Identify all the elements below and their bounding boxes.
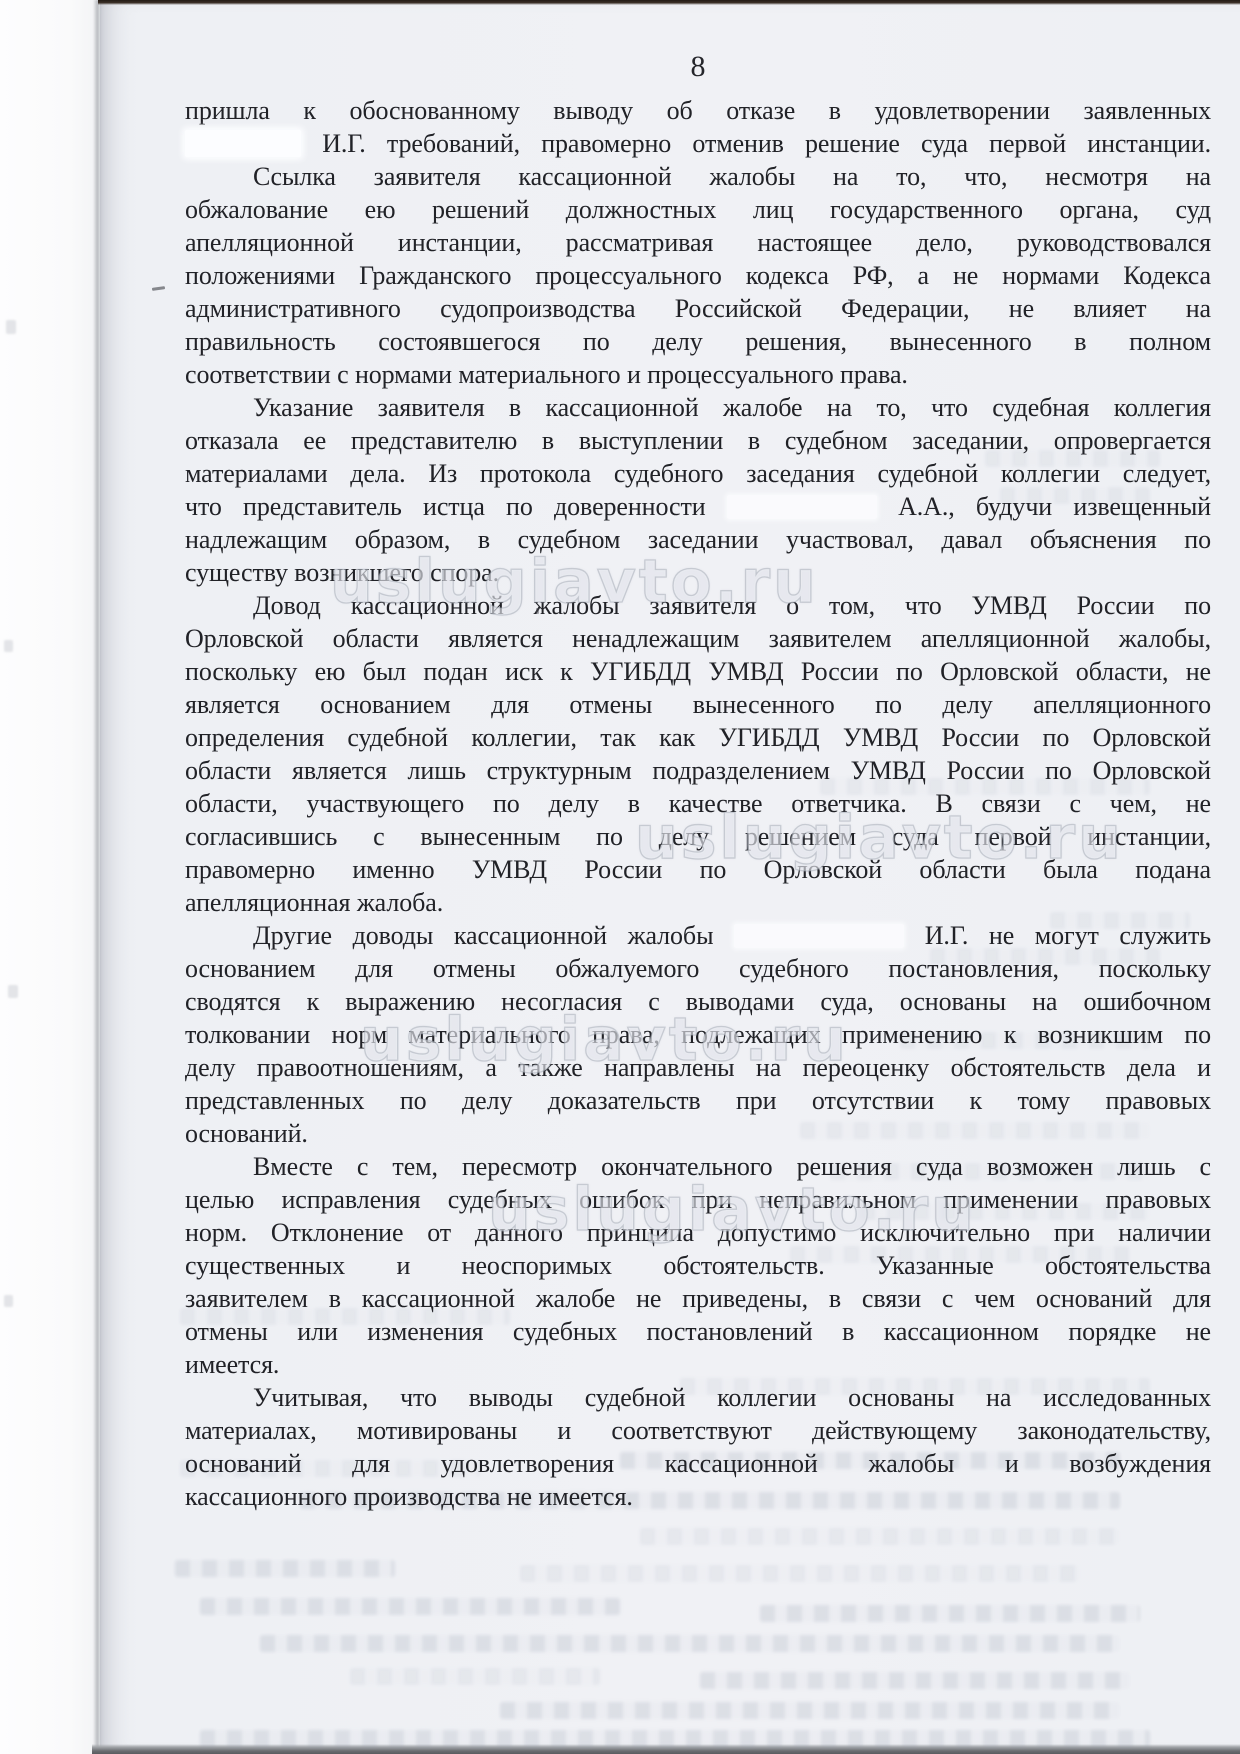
text-line: обжалование ею решений должностных лиц г… bbox=[185, 193, 1211, 226]
text-line: толковании норм материального права, под… bbox=[185, 1018, 1211, 1051]
text-line: оснований для удовлетворения кассационно… bbox=[185, 1447, 1211, 1480]
text-line: Орловской области является ненадлежащим … bbox=[185, 622, 1211, 655]
text-line: основанием для отмены обжалуемого судебн… bbox=[185, 952, 1211, 985]
scan-strip-mark bbox=[4, 640, 13, 652]
bleed-through-smudge bbox=[175, 1560, 395, 1577]
text-line: области является лишь структурным подраз… bbox=[185, 754, 1211, 787]
text-line: отказала ее представителю в выступлении … bbox=[185, 424, 1211, 457]
bleed-through-smudge bbox=[260, 1635, 1120, 1652]
text-line: апелляционной инстанции, рассматривая на… bbox=[185, 226, 1211, 259]
text-line: кассационного производства не имеется. bbox=[185, 1480, 1211, 1513]
text-line: пришла к обоснованному выводу об отказе … bbox=[185, 94, 1211, 127]
document-body-text: пришла к обоснованному выводу об отказе … bbox=[185, 94, 1211, 1513]
bleed-through-smudge bbox=[640, 1528, 1120, 1545]
bleed-through-smudge bbox=[700, 1672, 1130, 1689]
text-segment: Другие доводы кассационной жалобы bbox=[253, 921, 713, 950]
text-line: области, участвующего по делу в качестве… bbox=[185, 787, 1211, 820]
text-line: Ссылка заявителя кассационной жалобы на … bbox=[185, 160, 1211, 193]
text-line: Учитывая, что выводы судебной коллегии о… bbox=[185, 1381, 1211, 1414]
text-line: положениями Гражданского процессуального… bbox=[185, 259, 1211, 292]
bleed-through-smudge bbox=[350, 1668, 600, 1685]
text-line: материалах, мотивированы и соответствуют… bbox=[185, 1414, 1211, 1447]
scan-strip-mark bbox=[8, 985, 18, 998]
text-line: существенных и неоспоримых обстоятельств… bbox=[185, 1249, 1211, 1282]
text-line: представленных по делу доказательств при… bbox=[185, 1084, 1211, 1117]
scanned-court-document-page: { "page": { "number": "8" }, "watermark"… bbox=[0, 0, 1240, 1754]
scan-left-margin bbox=[0, 0, 100, 1754]
text-line: Другие доводы кассационной жалобы И.Г. н… bbox=[185, 919, 1211, 952]
bleed-through-smudge bbox=[500, 1702, 1120, 1719]
ink-speck bbox=[536, 608, 539, 614]
text-line: правильность состоявшегося по делу решен… bbox=[185, 325, 1211, 358]
bleed-through-smudge bbox=[520, 1565, 1080, 1582]
text-line: поскольку ею был подан иск к УГИБДД УМВД… bbox=[185, 655, 1211, 688]
text-line: имеется. bbox=[185, 1348, 1211, 1381]
text-line: отмены или изменения судебных постановле… bbox=[185, 1315, 1211, 1348]
page-number: 8 bbox=[185, 50, 1211, 84]
text-line: Указание заявителя в кассационной жалобе… bbox=[185, 391, 1211, 424]
text-line: определения судебной коллегии, так как У… bbox=[185, 721, 1211, 754]
text-line: И.Г. требований, правомерно отменив реше… bbox=[185, 127, 1211, 160]
scan-top-edge bbox=[98, 0, 1240, 5]
text-line: оснований. bbox=[185, 1117, 1211, 1150]
text-line: сводятся к выражению несогласия с вывода… bbox=[185, 985, 1211, 1018]
redaction-box bbox=[727, 495, 877, 519]
text-segment: И.Г. требований, правомерно отменив реше… bbox=[322, 129, 1211, 158]
text-line: материалами дела. Из протокола судебного… bbox=[185, 457, 1211, 490]
redaction-box bbox=[734, 924, 904, 948]
text-line: согласившись с вынесенным по делу решени… bbox=[185, 820, 1211, 853]
text-segment: И.Г. не могут служить bbox=[925, 921, 1211, 950]
text-line: апелляционная жалоба. bbox=[185, 886, 1211, 919]
text-line: норм. Отклонение от данного принципа доп… bbox=[185, 1216, 1211, 1249]
text-line: Вместе с тем, пересмотр окончательного р… bbox=[185, 1150, 1211, 1183]
text-line: правомерно именно УМВД России по Орловск… bbox=[185, 853, 1211, 886]
redaction-box bbox=[185, 130, 301, 157]
bleed-through-smudge bbox=[760, 1605, 1140, 1622]
text-line: заявителем в кассационной жалобе не прив… bbox=[185, 1282, 1211, 1315]
text-line: является основанием для отмены вынесенно… bbox=[185, 688, 1211, 721]
text-segment: А.А., будучи извещенный bbox=[898, 492, 1211, 521]
scan-strip-mark bbox=[6, 320, 16, 334]
text-segment: что представитель истца по доверенности bbox=[185, 492, 706, 521]
scan-strip-mark bbox=[4, 1295, 13, 1307]
page-edge-line bbox=[93, 0, 103, 1754]
bleed-through-smudge bbox=[200, 1598, 620, 1615]
bleed-through-smudge bbox=[200, 1730, 1150, 1747]
text-line: делу правоотношениям, а также направлены… bbox=[185, 1051, 1211, 1084]
text-line: существу возникшего спора. bbox=[185, 556, 1211, 589]
text-line: Довод кассационной жалобы заявителя о то… bbox=[185, 589, 1211, 622]
text-line: целью исправления судебных ошибок при не… bbox=[185, 1183, 1211, 1216]
text-line: надлежащим образом, в судебном заседании… bbox=[185, 523, 1211, 556]
text-line: соответствии с нормами материального и п… bbox=[185, 358, 1211, 391]
text-line: что представитель истца по доверенности … bbox=[185, 490, 1211, 523]
text-line: административного судопроизводства Росси… bbox=[185, 292, 1211, 325]
